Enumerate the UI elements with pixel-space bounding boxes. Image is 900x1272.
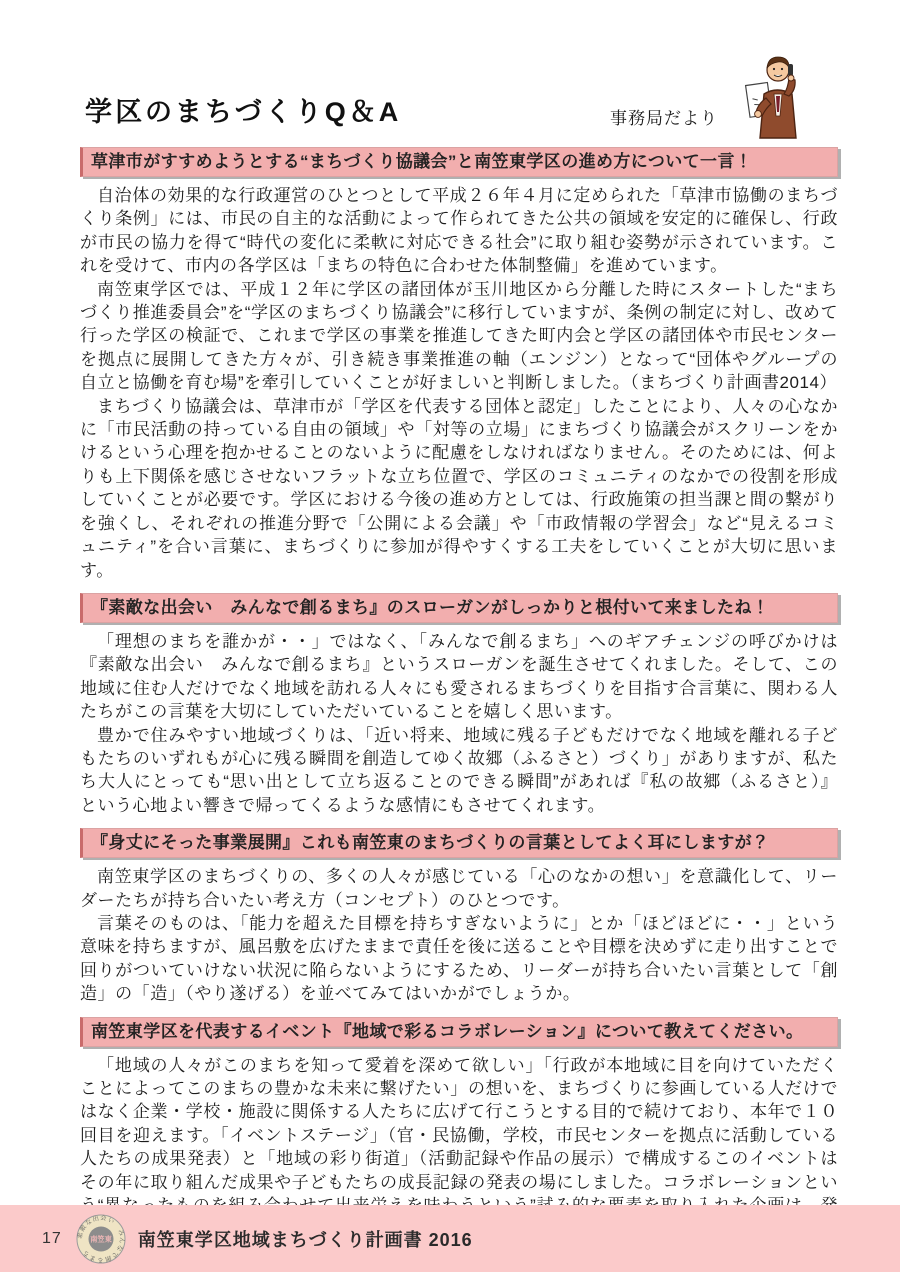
question-banner: 南笠東学区を代表するイベント『地域で彩るコラボレーション』について教えてください… bbox=[80, 1017, 838, 1047]
page-header: 学区のまちづくりQ＆A 事務局だより bbox=[80, 56, 838, 136]
question-banner: 草津市がすすめようとする“まちづくり協議会”と南笠東学区の進め方について一言！ bbox=[80, 147, 838, 177]
answer-paragraph: 自治体の効果的な行政運営のひとつとして平成２６年４月に定められた「草津市協働のま… bbox=[80, 184, 838, 278]
page-footer: 17 素敵な出会い みんなで創るまち 南笠東 南笠東学区地域まちづくり計画書 2… bbox=[0, 1205, 900, 1272]
question-text: 『素敵な出会い みんなで創るまち』のスローガンがしっかりと根付いて来ましたね！ bbox=[91, 598, 769, 617]
answer-paragraph: まちづくり協議会は、草津市が「学区を代表する団体と認定」したことにより、人々の心… bbox=[80, 395, 838, 582]
qa-section: 『素敵な出会い みんなで創るまち』のスローガンがしっかりと根付いて来ましたね！ … bbox=[80, 593, 838, 817]
page-number: 17 bbox=[42, 1230, 62, 1248]
qa-section: 草津市がすすめようとする“まちづくり協議会”と南笠東学区の進め方について一言！ … bbox=[80, 147, 838, 582]
header-subtitle: 事務局だより bbox=[610, 104, 718, 129]
footer-document-title: 南笠東学区地域まちづくり計画書 2016 bbox=[138, 1226, 473, 1252]
answer-block: 自治体の効果的な行政運営のひとつとして平成２６年４月に定められた「草津市協働のま… bbox=[80, 184, 838, 582]
question-banner: 『素敵な出会い みんなで創るまち』のスローガンがしっかりと根付いて来ましたね！ bbox=[80, 593, 838, 623]
answer-block: 南笠東学区のまちづくりの、多くの人々が感じている「心のなかの想い」を意識化して、… bbox=[80, 865, 838, 1005]
answer-paragraph: 言葉そのものは、「能力を超えた目標を持ちすぎないように」とか「ほどほどに・・」と… bbox=[80, 912, 838, 1006]
qa-sections: 草津市がすすめようとする“まちづくり協議会”と南笠東学区の進め方について一言！ … bbox=[80, 147, 838, 1241]
question-text: 南笠東学区を代表するイベント『地域で彩るコラボレーション』について教えてください… bbox=[91, 1022, 803, 1041]
answer-block: 「理想のまちを誰かが・・」ではなく、「みんなで創るまち」へのギアチェンジの呼びか… bbox=[80, 630, 838, 817]
man-on-phone-clipart bbox=[744, 54, 810, 140]
answer-paragraph: 豊かで住みやすい地域づくりは、「近い将来、地域に残る子どもだけでなく地域を離れる… bbox=[80, 724, 838, 818]
answer-paragraph: 南笠東学区では、平成１２年に学区の諸団体が玉川地区から分離した時にスタートした“… bbox=[80, 278, 838, 395]
question-banner: 『身丈にそった事業展開』これも南笠東のまちづくりの言葉としてよく耳にしますが？ bbox=[80, 828, 838, 858]
seal-center-text: 南笠東 bbox=[90, 1234, 112, 1243]
district-seal-logo: 素敵な出会い みんなで創るまち 南笠東 bbox=[76, 1214, 126, 1264]
document-page: 学区のまちづくりQ＆A 事務局だより bbox=[0, 0, 900, 1272]
page-title: 学区のまちづくりQ＆A bbox=[85, 90, 401, 129]
question-text: 草津市がすすめようとする“まちづくり協議会”と南笠東学区の進め方について一言！ bbox=[91, 152, 752, 171]
answer-paragraph: 南笠東学区のまちづくりの、多くの人々が感じている「心のなかの想い」を意識化して、… bbox=[80, 865, 838, 912]
qa-section: 『身丈にそった事業展開』これも南笠東のまちづくりの言葉としてよく耳にしますが？ … bbox=[80, 828, 838, 1005]
answer-paragraph: 「理想のまちを誰かが・・」ではなく、「みんなで創るまち」へのギアチェンジの呼びか… bbox=[80, 630, 838, 724]
question-text: 『身丈にそった事業展開』これも南笠東のまちづくりの言葉としてよく耳にしますが？ bbox=[91, 833, 769, 852]
